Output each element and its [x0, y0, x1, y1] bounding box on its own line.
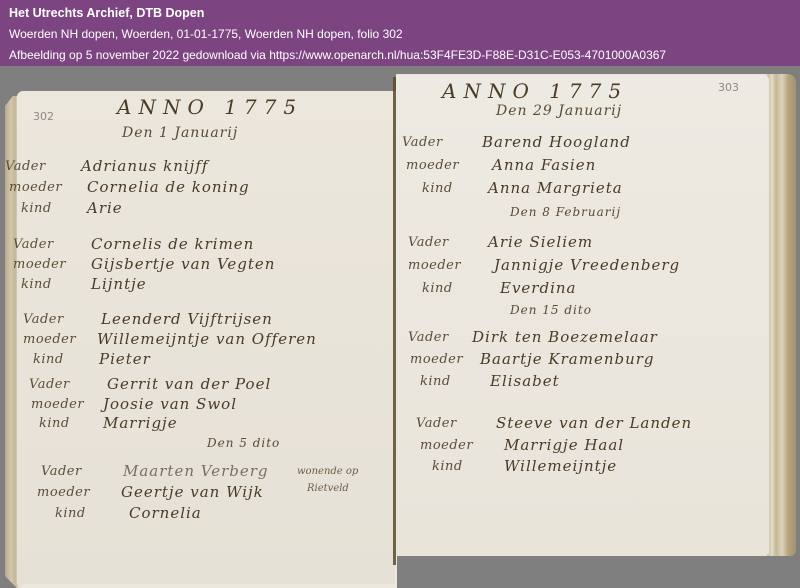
child-name: Everdina [500, 279, 576, 297]
kind-label: kind [39, 416, 70, 431]
moeder-label: moeder [13, 257, 66, 272]
vader-label: Vader [23, 312, 64, 327]
mother-name: Jannigje Vreedenberg [494, 256, 680, 274]
folio-number: 302 [33, 110, 54, 123]
mother-name: Cornelia de koning [87, 178, 250, 196]
moeder-label: moeder [9, 180, 62, 195]
child-name: Marrigje [103, 414, 178, 432]
date-heading: Den 15 dito [510, 303, 592, 317]
folio-number: 303 [718, 81, 739, 94]
right-page: 303 ANNO 1775 Den 29 Januarij Vader Bare… [396, 75, 769, 554]
father-name: Steeve van der Landen [496, 414, 692, 432]
moeder-label: moeder [406, 158, 459, 173]
kind-label: kind [21, 277, 52, 292]
vader-label: Vader [408, 235, 449, 250]
father-name: Gerrit van der Poel [107, 375, 271, 393]
archive-title: Het Utrechts Archief, DTB Dopen [9, 5, 800, 23]
left-page: 302 ANNO 1775 Den 1 Januarij Vader Adria… [17, 91, 395, 584]
kind-label: kind [33, 352, 64, 367]
child-name: Lijntje [91, 275, 147, 293]
kind-label: kind [420, 374, 451, 389]
vader-label: Vader [408, 330, 449, 345]
father-name: Arie Sieliem [488, 233, 593, 251]
mother-name: Willemeijntje van Offeren [97, 330, 317, 348]
child-name: Cornelia [129, 504, 202, 522]
father-name: Maarten Verberg [123, 462, 269, 480]
archive-header: Het Utrechts Archief, DTB Dopen Woerden … [0, 0, 800, 66]
mother-name: Anna Fasien [492, 156, 596, 174]
child-name: Pieter [99, 350, 151, 368]
kind-label: kind [422, 281, 453, 296]
vader-label: Vader [29, 377, 70, 392]
moeder-label: moeder [31, 397, 84, 412]
mother-name: Geertje van Wijk [121, 483, 264, 501]
father-name: Cornelis de krimen [91, 235, 254, 253]
register-book-scan: 302 ANNO 1775 Den 1 Januarij Vader Adria… [0, 66, 800, 588]
date-heading: Den 8 Februarij [510, 205, 621, 219]
child-name: Anna Margrieta [488, 179, 623, 197]
father-name: Barend Hoogland [482, 133, 631, 151]
moeder-label: moeder [37, 485, 90, 500]
marginal-note: Rietveld [307, 483, 349, 494]
date-heading: Den 1 Januarij [122, 125, 238, 141]
vader-label: Vader [5, 159, 46, 174]
vader-label: Vader [13, 237, 54, 252]
date-heading: Den 29 Januarij [496, 103, 622, 119]
kind-label: kind [55, 506, 86, 521]
year-heading: ANNO 1775 [117, 95, 303, 119]
vader-label: Vader [41, 464, 82, 479]
child-name: Elisabet [490, 372, 560, 390]
record-description: Woerden NH dopen, Woerden, 01-01-1775, W… [9, 23, 800, 44]
mother-name: Joosie van Swol [103, 395, 237, 413]
vader-label: Vader [416, 416, 457, 431]
father-name: Leenderd Vijftrijsen [101, 310, 273, 328]
child-name: Arie [87, 199, 123, 217]
year-heading: ANNO 1775 [442, 79, 628, 103]
marginal-note: wonende op [297, 466, 358, 477]
moeder-label: moeder [408, 258, 461, 273]
child-name: Willemeijntje [504, 457, 617, 475]
mother-name: Gijsbertje van Vegten [91, 255, 275, 273]
vader-label: Vader [402, 135, 443, 150]
mother-name: Baartje Kramenburg [480, 350, 655, 368]
moeder-label: moeder [410, 352, 463, 367]
father-name: Adrianus knijff [81, 157, 208, 175]
date-heading: Den 5 dito [207, 436, 280, 450]
father-name: Dirk ten Boezemelaar [472, 328, 658, 346]
kind-label: kind [21, 201, 52, 216]
download-notice: Afbeelding op 5 november 2022 gedownload… [9, 44, 800, 65]
moeder-label: moeder [23, 332, 76, 347]
mother-name: Marrigje Haal [504, 436, 624, 454]
kind-label: kind [422, 181, 453, 196]
moeder-label: moeder [420, 438, 473, 453]
kind-label: kind [432, 459, 463, 474]
